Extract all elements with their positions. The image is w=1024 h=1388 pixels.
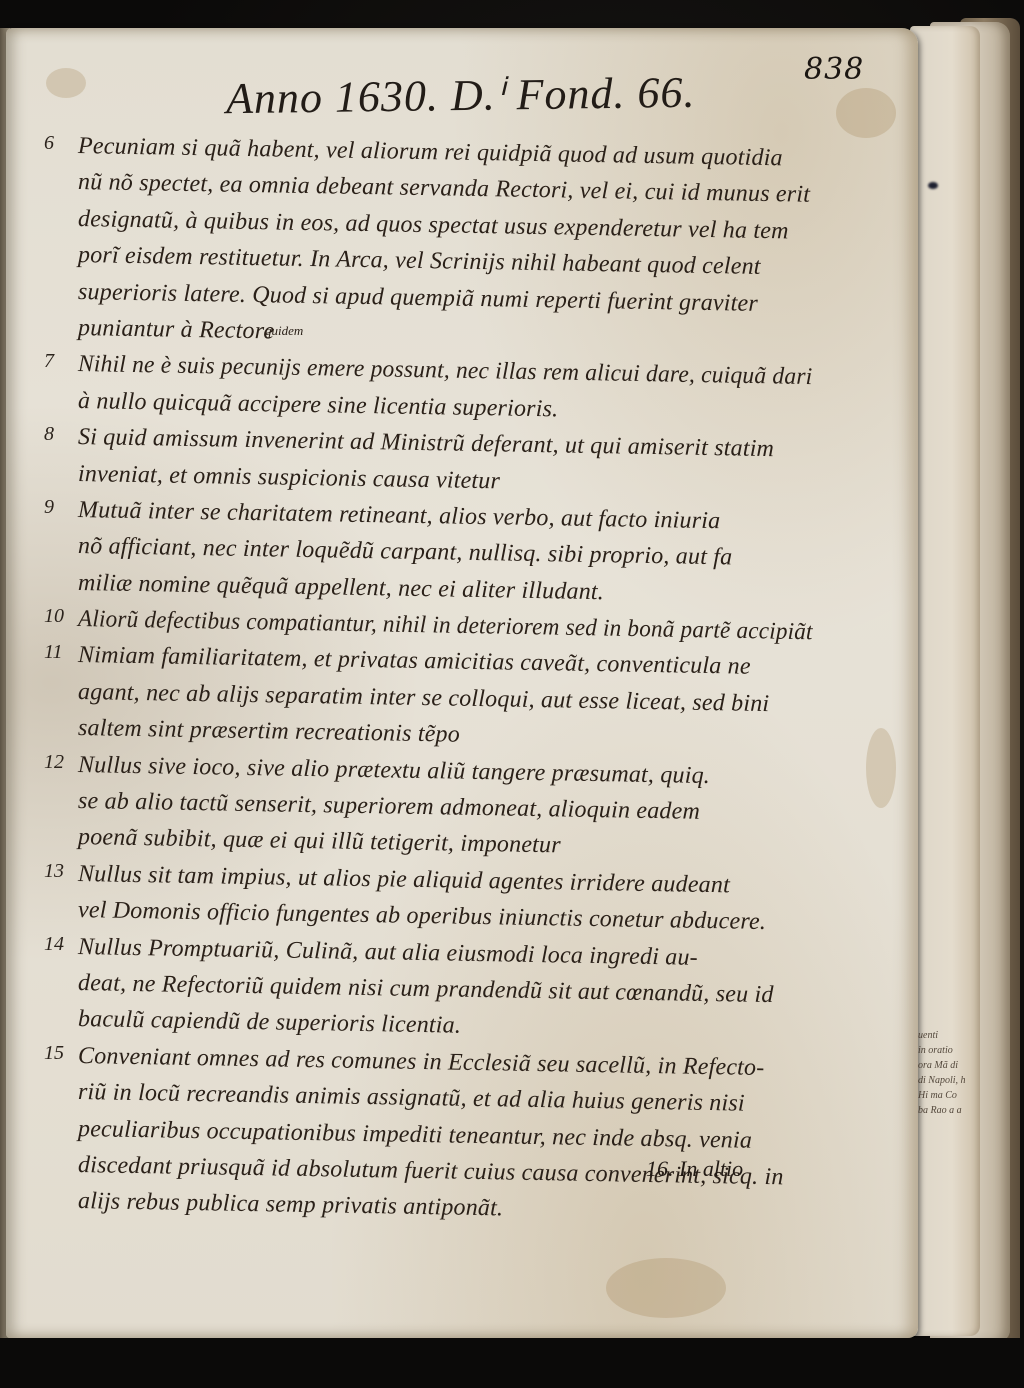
rule-number: 7 — [44, 350, 54, 373]
foxing-stain — [836, 88, 896, 138]
rule-13: 13 Nullus sit tam impius, ut alios pie a… — [44, 856, 804, 929]
folio-number: 838 — [804, 52, 864, 87]
rule-number: 8 — [44, 423, 54, 446]
rule-number: 15 — [44, 1042, 64, 1065]
ink-blot — [928, 182, 938, 189]
rule-number: 13 — [44, 860, 64, 883]
margin-note-line: uenti — [918, 1028, 988, 1043]
bottom-background — [0, 1338, 1024, 1388]
margin-note-line: ba Rao a a — [918, 1103, 988, 1118]
rule-11: 11 Nimiam familiaritatem, et privatas am… — [44, 637, 804, 746]
margin-note-fragment: uenti in oratio ora Mã di di Napoli, h H… — [918, 1028, 988, 1118]
rule-12: 12 Nullus sive ioco, sive alio prætextu … — [44, 747, 804, 856]
rule-15: 15 Conveniant omnes ad res comunes in Ec… — [44, 1038, 804, 1220]
margin-note-line: in oratio — [918, 1043, 988, 1058]
margin-note-line: ora Mã di — [918, 1058, 988, 1073]
rule-number: 6 — [44, 132, 54, 155]
rule-7: 7 Nihil ne è suis pecunijs emere possunt… — [44, 346, 804, 419]
foxing-stain — [46, 68, 86, 98]
rule-8: 8 Si quid amissum invenerint ad Ministrũ… — [44, 419, 804, 492]
rule-number: 12 — [44, 751, 64, 774]
underlying-leaf-near — [910, 26, 980, 1336]
rule-number: 10 — [44, 605, 64, 628]
rule-number: 14 — [44, 933, 64, 956]
rule-10: 10 Aliorũ defectibus compatiantur, nihil… — [44, 601, 804, 637]
foxing-stain — [866, 728, 896, 808]
margin-note-line: Hi ma Co — [918, 1088, 988, 1103]
catchword: 16. In altio — [646, 1156, 743, 1182]
foxing-stain — [606, 1258, 726, 1318]
rule-number: 11 — [44, 641, 63, 664]
rule-6: 6 Pecuniam si quã habent, vel aliorum re… — [44, 128, 804, 346]
rule-14: 14 Nullus Promptuariũ, Culinã, aut alia … — [44, 929, 804, 1038]
page-heading: Anno 1630. D.ⁱ Fond. 66. — [226, 67, 696, 125]
rules-list: 6 Pecuniam si quã habent, vel aliorum re… — [44, 128, 804, 1220]
rule-number: 9 — [44, 496, 54, 519]
margin-note-line: di Napoli, h — [918, 1073, 988, 1088]
rule-9: 9 Mutuã inter se charitatem retineant, a… — [44, 492, 804, 601]
